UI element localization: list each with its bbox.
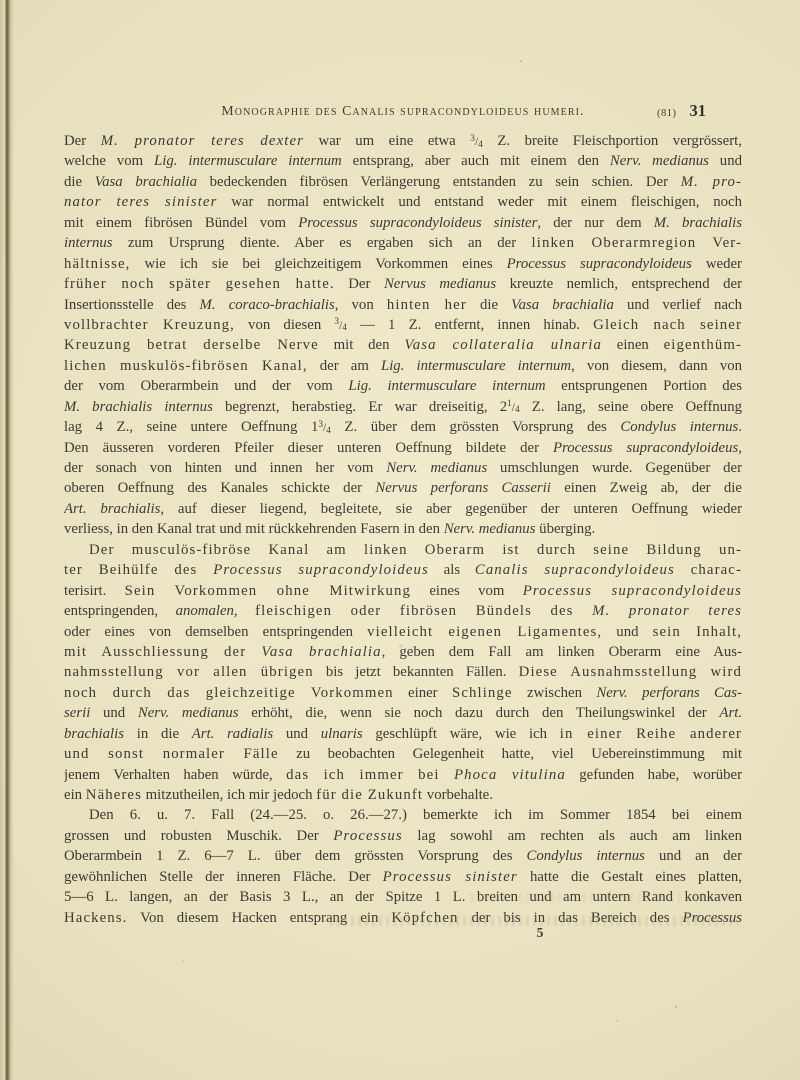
text-run: Diese Ausnahmsstellung wird bbox=[519, 664, 742, 680]
text-run: Vasa brachialia bbox=[511, 297, 614, 313]
text-run: Sein Vorkommen ohne Mitwirkung bbox=[125, 583, 411, 599]
text-run: Nerv. medianus bbox=[386, 460, 487, 476]
text-line: lag 4 Z., seine untere Oeffnung 13/4 Z. … bbox=[64, 417, 742, 437]
text-run: brachialis bbox=[64, 726, 124, 742]
text-run: Lig. intermusculare internum bbox=[381, 358, 571, 374]
scanned-book-page: Monographie des Canalis supracondyloideu… bbox=[0, 0, 800, 1080]
text-run: zum Ursprung diente. Aber es ergaben sic… bbox=[113, 235, 532, 251]
text-run: hinten her bbox=[387, 297, 467, 313]
text-line: früher noch später gesehen hatte. Der Ne… bbox=[64, 274, 742, 294]
text-run: welche vom bbox=[64, 153, 154, 169]
running-header: Monographie des Canalis supracondyloideu… bbox=[64, 100, 742, 122]
text-run: jenem Verhalten haben würde, bbox=[64, 767, 286, 783]
header-page-number: 31 bbox=[690, 101, 707, 120]
text-line: ter Beihülfe des Processus supracondyloi… bbox=[64, 560, 742, 580]
text-run: entsprang, aber auch mit einem den bbox=[342, 153, 610, 169]
text-line: serii und Nerv. medianus erhöht, die, we… bbox=[64, 703, 742, 723]
text-run: Art. radialis bbox=[192, 726, 273, 742]
text-run: war um eine etwa bbox=[304, 133, 470, 149]
text-run: Phoca vitulina bbox=[454, 767, 566, 783]
header-title: Monographie des Canalis supracondyloideu… bbox=[64, 100, 742, 122]
text-run: Der musculös-fibröse Kanal am linken Obe… bbox=[89, 542, 742, 558]
text-line: mit Ausschliessung der Vasa brachialia, … bbox=[64, 642, 742, 662]
text-run: vorbehalte. bbox=[423, 787, 493, 803]
text-run: eigenthüm- bbox=[664, 337, 742, 353]
text-run: Lig. intermusculare internum bbox=[154, 153, 342, 169]
fraction: 3/4 bbox=[470, 133, 483, 149]
text-run: hatte die Gestalt eines platten, bbox=[518, 869, 742, 885]
text-line: Kreuzung betrat derselbe Nerve mit den V… bbox=[64, 335, 742, 355]
text-run: wie ich sie bei gleichzeitigem Vorkommen… bbox=[130, 256, 506, 272]
text-run: Vasa brachialia bbox=[261, 644, 381, 660]
text-run: Processus supracondyloideus bbox=[213, 562, 429, 578]
paper-speckles bbox=[520, 60, 522, 62]
text-line: oberen Oeffnung des Kanales schickte der… bbox=[64, 478, 742, 498]
text-run: das ich immer bei bbox=[286, 767, 454, 783]
text-run: Canalis supracondyloideus bbox=[475, 562, 675, 578]
text-run: Nerv. perforans Cas- bbox=[596, 685, 742, 701]
text-run: für die Zukunft bbox=[316, 787, 423, 803]
text-run: linken Oberarmregion Ver- bbox=[532, 235, 742, 251]
text-run: Kreuzung betrat derselbe Nerve bbox=[64, 337, 319, 353]
text-line: welche vom Lig. intermusculare internum … bbox=[64, 151, 742, 171]
fraction: 1/4 bbox=[507, 399, 520, 415]
text-run: und bbox=[90, 705, 138, 721]
text-run: als bbox=[429, 562, 475, 578]
text-line: M. brachialis internus begrenzt, herabst… bbox=[64, 397, 742, 417]
text-line: noch durch das gleichzeitige Vorkommen e… bbox=[64, 683, 742, 703]
text-run: Nerv. medianus bbox=[444, 521, 536, 537]
text-run: sein Inhalt, bbox=[653, 624, 742, 640]
text-run: Z. lang, seine obere Oeffnung bbox=[520, 399, 742, 415]
text-run: der sonach von hinten und innen her vom bbox=[64, 460, 386, 476]
text-run: Hackens. bbox=[64, 910, 127, 926]
text-run: zu beobachten Gelegenheit hatte, viel Ue… bbox=[279, 746, 742, 762]
text-run: — 1 Z. entfernt, innen hinab. bbox=[347, 317, 593, 333]
text-run: vielleicht eigenen Ligamentes, bbox=[367, 624, 602, 640]
text-run: , von bbox=[335, 297, 387, 313]
text-run: der am bbox=[308, 358, 381, 374]
text-run: Processus bbox=[333, 828, 402, 844]
text-run: noch durch das gleichzeitige Vorkommen bbox=[64, 685, 394, 701]
text-line: grossen und robusten Muschik. Der Proces… bbox=[64, 826, 742, 846]
text-run: lag 4 Z., seine untere Oeffnung 1 bbox=[64, 419, 318, 435]
text-run: lag sowohl am rechten als auch am linken bbox=[403, 828, 742, 844]
text-run: , auf dieser liegend, begleitete, sie ab… bbox=[160, 501, 742, 517]
text-line: mit einem fibrösen Bündel vom Processus … bbox=[64, 213, 742, 233]
signature-mark: 5 bbox=[528, 925, 552, 941]
text-run: bis jetzt bekannten Fällen. bbox=[314, 664, 519, 680]
text-run: der vom Oberarmbein und der vom bbox=[64, 378, 348, 394]
text-run: zwischen bbox=[513, 685, 597, 701]
text-run: Nerv. medianus bbox=[610, 153, 709, 169]
text-run: mit den bbox=[319, 337, 404, 353]
text-line: oder eines von demselben entspringenden … bbox=[64, 622, 742, 642]
text-run: Condylus internus bbox=[527, 848, 645, 864]
fraction: 3/4 bbox=[334, 317, 347, 333]
text-line: internus zum Ursprung diente. Aber es er… bbox=[64, 233, 742, 253]
text-line: hältnisse, wie ich sie bei gleichzeitige… bbox=[64, 254, 742, 274]
text-run: Der bbox=[335, 276, 384, 292]
text-run: die bbox=[64, 174, 95, 190]
text-run: Lig. intermusculare internum bbox=[348, 378, 545, 394]
text-run: , der nur dem bbox=[537, 215, 653, 231]
text-run: ulnaris bbox=[321, 726, 363, 742]
text-run: M. brachialis bbox=[654, 215, 742, 231]
text-run: vollbrachter Kreuzung, bbox=[64, 317, 235, 333]
text-line: nahmsstellung vor allen übrigen bis jetz… bbox=[64, 662, 742, 682]
text-run: Z. über dem grössten Vorsprung des bbox=[331, 419, 620, 435]
header-issue-number: (81) bbox=[657, 108, 677, 119]
text-line: jenem Verhalten haben würde, das ich imm… bbox=[64, 765, 742, 785]
text-run: und an der bbox=[645, 848, 742, 864]
text-run: in die bbox=[124, 726, 192, 742]
text-line: entspringenden, anomalen, fleischigen od… bbox=[64, 601, 742, 621]
text-line: nator teres sinister war normal entwicke… bbox=[64, 192, 742, 212]
text-run: fleischigen oder fibrösen Bündels des bbox=[255, 603, 592, 619]
text-run: mitzutheilen, ich mir jedoch bbox=[142, 787, 316, 803]
text-line: Den 6. u. 7. Fall (24.—25. o. 26.—27.) b… bbox=[64, 805, 742, 825]
body-text-block: Der M. pronator teres dexter war um eine… bbox=[64, 131, 742, 928]
text-line: die Vasa brachialia bedeckenden fibrösen… bbox=[64, 172, 742, 192]
text-run: entspringenden, bbox=[64, 603, 176, 619]
text-line: Der M. pronator teres dexter war um eine… bbox=[64, 131, 742, 151]
text-line: Den äusseren vorderen Pfeiler dieser unt… bbox=[64, 438, 742, 458]
text-run: Nerv. medianus bbox=[138, 705, 239, 721]
text-line: vollbrachter Kreuzung, von diesen 3/4 — … bbox=[64, 315, 742, 335]
text-line: der sonach von hinten und innen her vom … bbox=[64, 458, 742, 478]
text-run: entsprungenen Portion des bbox=[546, 378, 742, 394]
text-run: , von diesem, dann von bbox=[571, 358, 742, 374]
text-run: verliess, in den Kanal trat und mit rück… bbox=[64, 521, 444, 537]
text-run: grossen und robusten Muschik. Der bbox=[64, 828, 333, 844]
text-run: nahmsstellung vor allen übrigen bbox=[64, 664, 314, 680]
text-run: Processus sinister bbox=[383, 869, 518, 885]
text-run: war normal entwickelt und entstand weder… bbox=[217, 194, 742, 210]
text-run: und sonst normaler Fälle bbox=[64, 746, 279, 762]
text-run: Vasa collateralia ulnaria bbox=[404, 337, 602, 353]
text-run: bedeckenden fibrösen Verlängerung entsta… bbox=[197, 174, 681, 190]
text-run: internus bbox=[64, 235, 113, 251]
text-run: erhöht, die, wenn sie noch dazu durch de… bbox=[239, 705, 720, 721]
header-numbers: (81)31 bbox=[657, 100, 706, 122]
text-run: charac- bbox=[675, 562, 742, 578]
text-run: umschlungen wurde. Gegenüber der bbox=[487, 460, 742, 476]
text-run: Schlinge bbox=[452, 685, 513, 701]
text-run: Den äusseren vorderen Pfeiler dieser unt… bbox=[64, 440, 553, 456]
text-run: von diesen bbox=[235, 317, 335, 333]
ink-bleedthrough-artifact bbox=[470, 893, 738, 902]
text-run: M. pronator teres bbox=[592, 603, 742, 619]
text-run: ter Beihülfe des bbox=[64, 562, 213, 578]
text-run: Condylus internus bbox=[620, 419, 738, 435]
text-run: Nervus medianus bbox=[384, 276, 496, 292]
text-line: brachialis in die Art. radialis und ulna… bbox=[64, 724, 742, 744]
text-line: und sonst normaler Fälle zu beobachten G… bbox=[64, 744, 742, 764]
text-run: einen bbox=[602, 337, 664, 353]
fraction: 3/4 bbox=[318, 419, 331, 435]
text-line: ein Näheres mitzutheilen, ich mir jedoch… bbox=[64, 785, 742, 805]
text-run: serii bbox=[64, 705, 90, 721]
text-run: gefunden habe, worüber bbox=[566, 767, 742, 783]
text-run: oder eines von demselben entspringenden bbox=[64, 624, 367, 640]
text-run: M. coraco-brachialis bbox=[200, 297, 335, 313]
text-run: terisirt. bbox=[64, 583, 125, 599]
text-run: Den 6. u. 7. Fall (24.—25. o. 26.—27.) b… bbox=[89, 807, 742, 823]
text-line: der vom Oberarmbein und der vom Lig. int… bbox=[64, 376, 742, 396]
text-run: Processus supracondyloideus bbox=[507, 256, 692, 272]
text-run: Processus supracondyloideus bbox=[553, 440, 738, 456]
text-line: lichen muskulös-fibrösen Kanal, der am L… bbox=[64, 356, 742, 376]
text-run: oberen Oeffnung des Kanales schickte der bbox=[64, 480, 375, 496]
text-run: Art. brachialis bbox=[64, 501, 160, 517]
text-run: , bbox=[738, 440, 742, 456]
text-run: mit einem fibrösen Bündel vom bbox=[64, 215, 298, 231]
text-run: anomalen bbox=[176, 603, 234, 619]
text-line: Art. brachialis, auf dieser liegend, beg… bbox=[64, 499, 742, 519]
text-line: Der musculös-fibröse Kanal am linken Obe… bbox=[64, 540, 742, 560]
text-run: Z. breite Fleischportion vergrössert, bbox=[483, 133, 742, 149]
text-run: lichen muskulös-fibrösen Kanal, bbox=[64, 358, 308, 374]
text-run: , geben dem Fall am linken Oberarm eine … bbox=[382, 644, 742, 660]
text-run: überging. bbox=[535, 521, 595, 537]
text-run: und bbox=[709, 153, 742, 169]
text-run: die bbox=[467, 297, 511, 313]
text-run: M. pronator teres dexter bbox=[101, 133, 304, 149]
text-line: Insertionsstelle des M. coraco-brachiali… bbox=[64, 295, 742, 315]
text-run: Insertionsstelle des bbox=[64, 297, 200, 313]
text-run: Oberarmbein 1 Z. 6—7 L. über dem grösste… bbox=[64, 848, 527, 864]
text-run: . bbox=[738, 419, 742, 435]
text-run: Nervus perforans Casserii bbox=[375, 480, 550, 496]
text-run: weder bbox=[692, 256, 742, 272]
text-run: M. pro- bbox=[681, 174, 742, 190]
text-run: hältnisse, bbox=[64, 256, 130, 272]
text-run: mit Ausschliessung der bbox=[64, 644, 261, 660]
text-run: Processus supracondyloideus sinister bbox=[298, 215, 537, 231]
text-run: früher noch später gesehen hatte. bbox=[64, 276, 335, 292]
text-run: Gleich nach seiner bbox=[593, 317, 742, 333]
text-run: Art. bbox=[719, 705, 742, 721]
text-run: Näheres bbox=[86, 787, 142, 803]
text-run: , bbox=[234, 603, 255, 619]
text-run: Processus supracondyloideus bbox=[523, 583, 742, 599]
text-run: und bbox=[273, 726, 321, 742]
text-line: gewöhnlichen Stelle der inneren Fläche. … bbox=[64, 867, 742, 887]
text-run: gewöhnlichen Stelle der inneren Fläche. … bbox=[64, 869, 383, 885]
text-line: Oberarmbein 1 Z. 6—7 L. über dem grösste… bbox=[64, 846, 742, 866]
text-run: geschlüpft wäre, wie ich bbox=[363, 726, 560, 742]
book-gutter-edge bbox=[0, 0, 14, 1080]
text-run: einer bbox=[394, 685, 452, 701]
text-run: nator teres sinister bbox=[64, 194, 217, 210]
text-run: Vasa brachialia bbox=[95, 174, 197, 190]
text-line: verliess, in den Kanal trat und mit rück… bbox=[64, 519, 742, 539]
text-run: Der bbox=[64, 133, 101, 149]
text-run: und bbox=[602, 624, 652, 640]
text-run: in einer Reihe anderer bbox=[560, 726, 742, 742]
text-run: eines vom bbox=[411, 583, 523, 599]
text-run: kreuzte nemlich, entsprechend der bbox=[496, 276, 742, 292]
text-line: terisirt. Sein Vorkommen ohne Mitwirkung… bbox=[64, 581, 742, 601]
text-run: einen Zweig ab, der die bbox=[551, 480, 742, 496]
text-run: und verlief nach bbox=[614, 297, 742, 313]
text-run: begrenzt, herabstieg. Er war dreiseitig,… bbox=[213, 399, 507, 415]
text-run: M. brachialis internus bbox=[64, 399, 213, 415]
text-run: ein bbox=[64, 787, 86, 803]
